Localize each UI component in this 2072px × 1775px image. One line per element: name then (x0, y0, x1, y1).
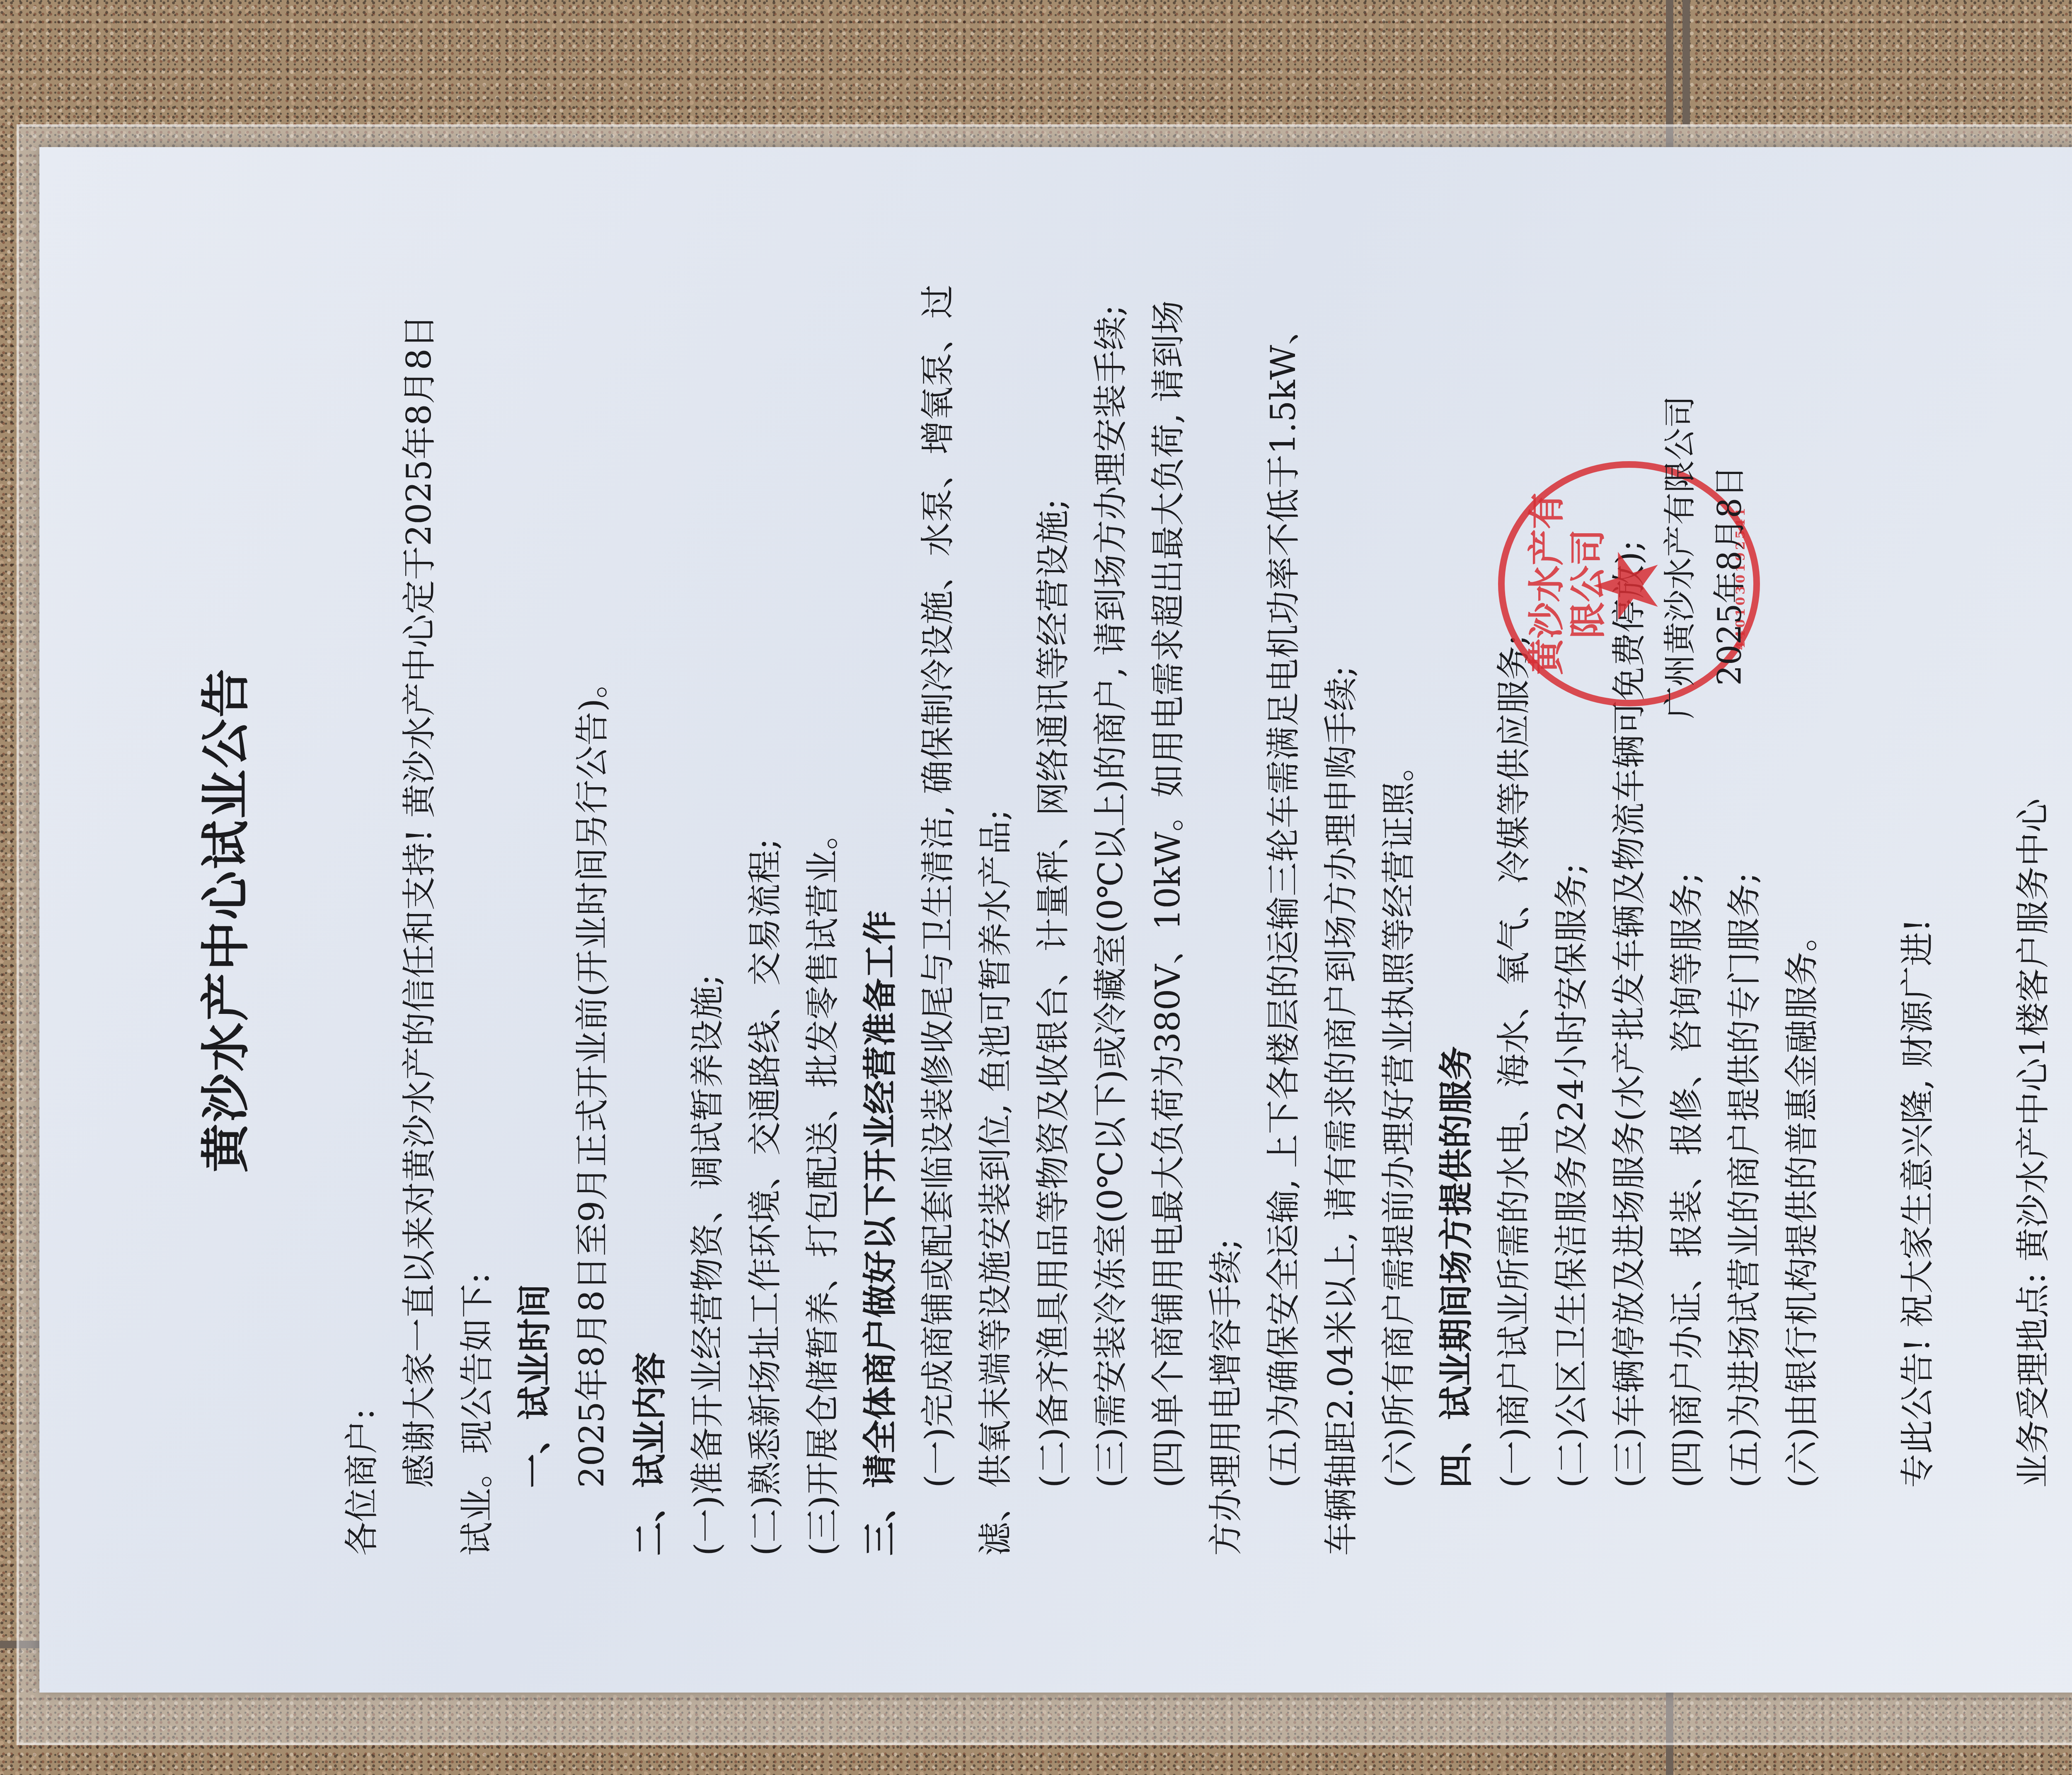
intro-paragraph: 感谢大家一直以来对黄沙水产的信任和支持! 黄沙水产中心定于2025年8月8日试业… (391, 284, 506, 1556)
service-address: 业务受理地点: 黄沙水产中心1楼客户服务中心 (2004, 284, 2062, 1556)
section-line: (二)备齐渔具用品等物资及收银台、计量秤、网络通讯等经营设施; (1024, 284, 1082, 1556)
section-line: (六)所有商户需提前办理好营业执照等经营证照。 (1370, 284, 1428, 1556)
address-value: 黄沙水产中心1楼客户服务中心 (2014, 798, 2053, 1262)
closing-text: 专此公告! 祝大家生意兴隆, 财源广进! (1889, 284, 1946, 1556)
section-line: 2025年8月8日至9月正式开业前(开业时间另行公告)。 (564, 284, 621, 1556)
address-label: 业务受理地点: (2014, 1272, 2053, 1488)
notice-paper: 黄沙水产中心试业公告 各位商户: 感谢大家一直以来对黄沙水产的信任和支持! 黄沙… (39, 147, 2072, 1693)
tile-grout (1682, 0, 1690, 124)
signature-company: 广州黄沙水产有限公司 (1656, 396, 1705, 719)
section-preparation: 三、请全体商户做好以下开业经营准备工作 (一)完成商铺或配套临设装修收尾与卫生清… (852, 284, 1428, 1556)
section-line: (六)由银行机构提供的普惠金融服务。 (1773, 284, 1831, 1556)
signature-date: 2025年8月8日 (1705, 396, 1755, 719)
section-heading: 三、请全体商户做好以下开业经营准备工作 (852, 284, 909, 1556)
section-line: (一)完成商铺或配套临设装修收尾与卫生清洁, 确保制冷设施、水泵、增氧泵、过滤、… (909, 284, 1024, 1556)
notice-title: 黄沙水产中心试业公告 (197, 284, 254, 1556)
service-phone: 客服电话: 020-81884798 (上午8:30-12:00时 下午14:0… (2062, 284, 2072, 1556)
section-heading: 四、试业期间场方提供的服务 (1428, 284, 1485, 1556)
section-line: (一)商户试业所需的水电、海水、氧气、冷媒等供应服务; (1485, 284, 1543, 1556)
section-line: (四)单个商铺用电最大负荷为380V、10kW。如用电需求超出最大负荷, 请到场… (1140, 284, 1255, 1556)
section-line: (三)需安装冷冻室(0℃以下)或冷藏室(0℃以上)的商户, 请到场方办理安装手续… (1082, 284, 1140, 1556)
signature-block: 广州黄沙水产有限公司 2025年8月8日 (1656, 396, 1755, 719)
greeting: 各位商户: (333, 284, 391, 1556)
section-line: (三)开展仓储暂养、打包配送、批发零售试营业。 (794, 284, 852, 1556)
star-icon: ★ (1588, 551, 1666, 621)
section-heading: 二、试业内容 (621, 284, 679, 1556)
section-line: (二)熟悉新场址工作环境、交通路线、交易流程; (736, 284, 794, 1556)
section-heading: 一、试业时间 (506, 284, 564, 1556)
section-trial-content: 二、试业内容 (一)准备开业经营物资、调试暂养设施; (二)熟悉新场址工作环境、… (621, 284, 852, 1556)
section-trial-period: 一、试业时间 2025年8月8日至9月正式开业前(开业时间另行公告)。 (506, 284, 621, 1556)
section-line: (一)准备开业经营物资、调试暂养设施; (679, 284, 736, 1556)
section-line: (五)为确保安全运输, 上下各楼层的运输三轮车需满足电机功率不低于1.5kW、车… (1255, 284, 1370, 1556)
notice-document: 黄沙水产中心试业公告 各位商户: 感谢大家一直以来对黄沙水产的信任和支持! 黄沙… (39, 147, 2072, 1693)
